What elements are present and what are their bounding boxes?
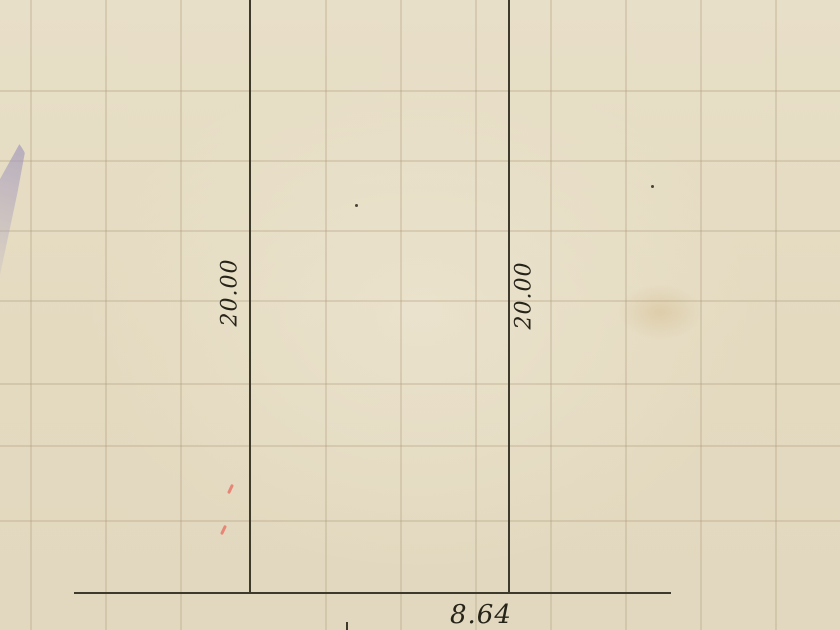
ink-dot bbox=[355, 204, 358, 207]
red-pencil-mark bbox=[220, 525, 227, 535]
grid-line bbox=[30, 0, 32, 630]
grid-line bbox=[400, 0, 402, 630]
frontage-dimension: 8.64 bbox=[450, 600, 512, 630]
lot-left-boundary bbox=[249, 0, 251, 594]
right-side-dimension: 20.00 bbox=[512, 270, 537, 330]
grid-line bbox=[0, 520, 840, 522]
grid-line bbox=[550, 0, 552, 630]
lot-right-boundary bbox=[508, 0, 510, 594]
grid-line bbox=[0, 230, 840, 232]
red-pencil-mark bbox=[227, 484, 234, 494]
grid-line bbox=[0, 445, 840, 447]
grid-line bbox=[0, 383, 840, 385]
left-side-dimension: 20.00 bbox=[218, 267, 243, 327]
grid-line bbox=[0, 90, 840, 92]
grid-line bbox=[325, 0, 327, 630]
tick-mark bbox=[346, 622, 348, 630]
aged-paper-background: 20.00 20.00 8.64 bbox=[0, 0, 840, 630]
grid-line bbox=[475, 0, 477, 630]
grid-line bbox=[775, 0, 777, 630]
ink-dot bbox=[651, 185, 654, 188]
grid-line bbox=[180, 0, 182, 630]
grid-line bbox=[625, 0, 627, 630]
street-frontage-line bbox=[74, 592, 671, 594]
grid-line bbox=[700, 0, 702, 630]
purple-stain bbox=[0, 125, 30, 275]
grid-line bbox=[0, 300, 840, 302]
grid-line bbox=[0, 160, 840, 162]
grid-line bbox=[105, 0, 107, 630]
